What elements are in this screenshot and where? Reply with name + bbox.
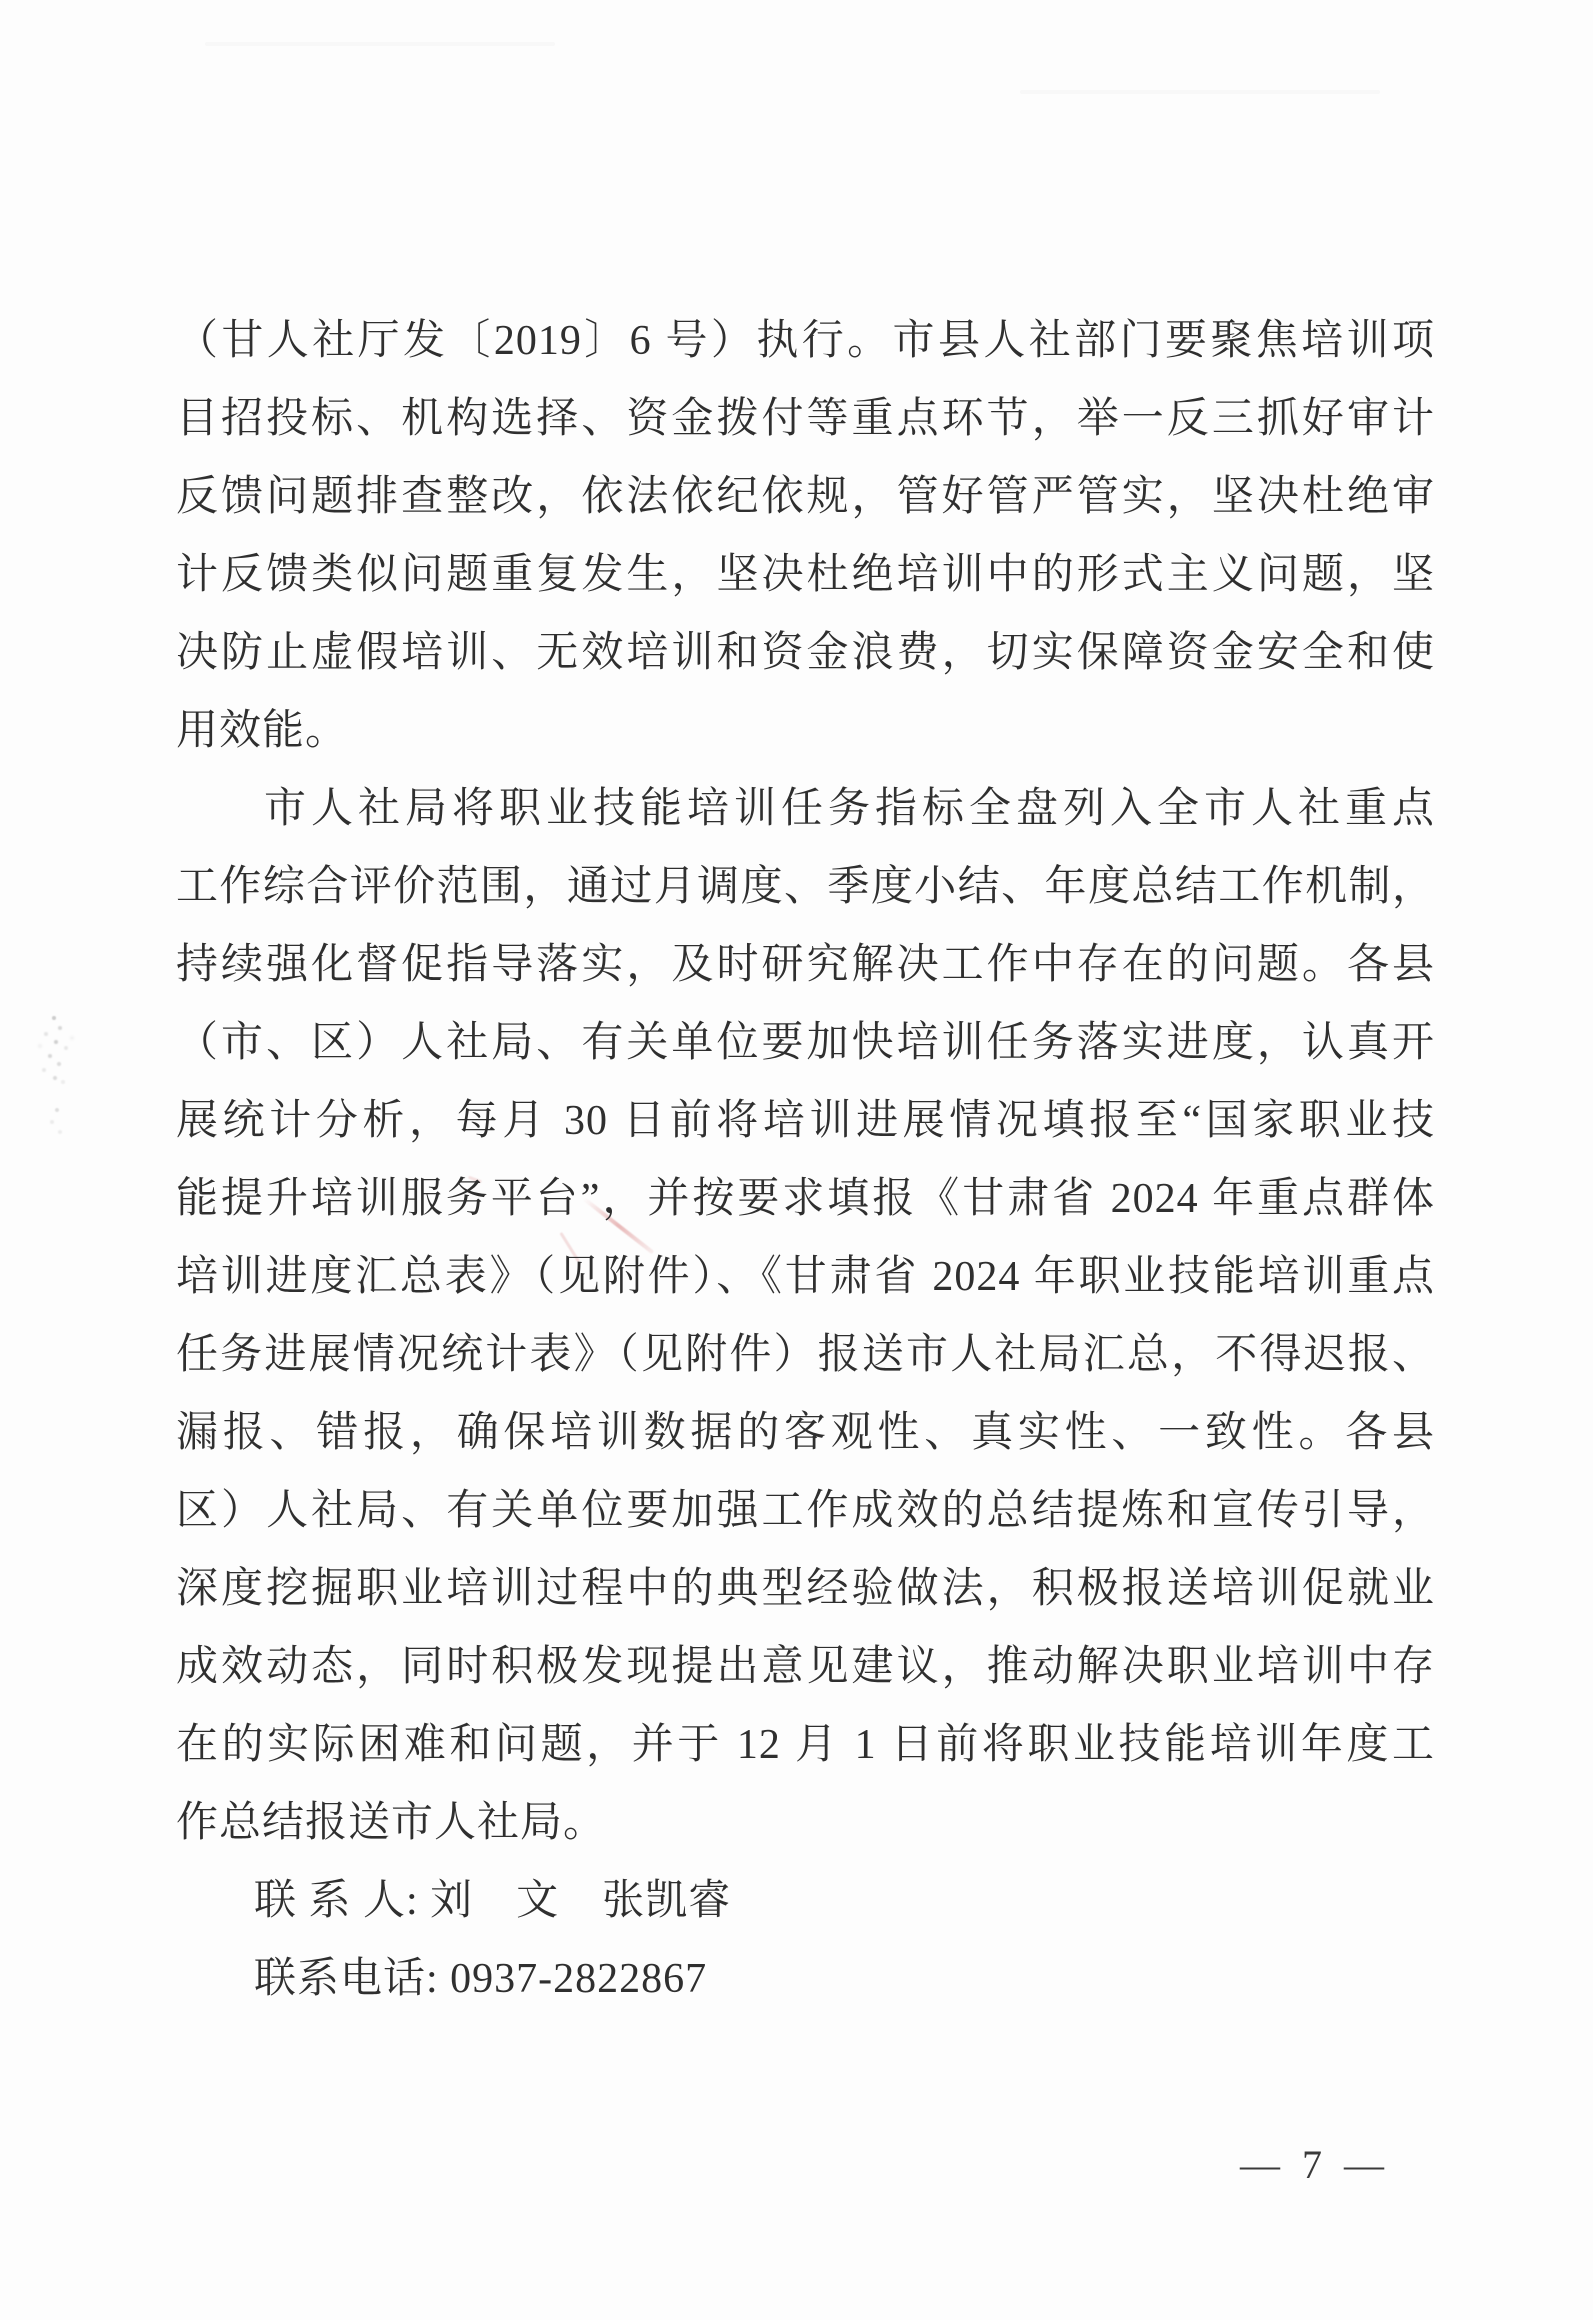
page-number: — 7 — [1240,2140,1390,2190]
document-body: （甘人社厅发〔2019〕6 号）执行。市县人社部门要聚焦培训项 目招投标、机构选… [176,302,1435,2018]
body-line-16: 区）人社局、有关单位要加强工作成效的总结提炼和宣传引导， [176,1472,1435,1550]
body-line-7: 市人社局将职业技能培训任务指标全盘列入全市人社重点 [176,770,1435,848]
body-line-1: （甘人社厅发〔2019〕6 号）执行。市县人社部门要聚焦培训项 [176,302,1435,380]
scan-streak [1020,90,1380,94]
body-line-5: 决防止虚假培训、无效培训和资金浪费，切实保障资金安全和使 [176,614,1435,692]
scan-streak [205,42,555,46]
body-line-11: 展统计分析，每月 30 日前将培训进展情况填报至“国家职业技 [176,1082,1435,1160]
body-line-10: （市、区）人社局、有关单位要加快培训任务落实进度，认真开 [176,1004,1435,1082]
body-line-20: 作总结报送市人社局。 [176,1784,1435,1862]
body-line-19: 在的实际困难和问题，并于 12 月 1 日前将职业技能培训年度工 [176,1706,1435,1784]
scan-smudge [55,1108,59,1112]
body-line-18: 成效动态，同时积极发现提出意见建议，推动解决职业培训中存 [176,1628,1435,1706]
contact-person-line: 联 系 人: 刘 文 张凯睿 [176,1862,1435,1940]
body-line-9: 持续强化督促指导落实，及时研究解决工作中存在的问题。各县 [176,926,1435,1004]
body-line-14: 任务进展情况统计表》（见附件）报送市人社局汇总，不得迟报、 [176,1316,1435,1394]
body-line-15: 漏报、错报，确保培训数据的客观性、真实性、一致性。各县（市、 [176,1394,1435,1472]
body-line-4: 计反馈类似问题重复发生，坚决杜绝培训中的形式主义问题，坚 [176,536,1435,614]
body-line-2: 目招投标、机构选择、资金拨付等重点环节，举一反三抓好审计 [176,380,1435,458]
body-line-12: 能提升培训服务平台”，并按要求填报《甘肃省 2024 年重点群体 [176,1160,1435,1238]
body-line-8: 工作综合评价范围，通过月调度、季度小结、年度总结工作机制， [176,848,1435,926]
contact-phone-line: 联系电话: 0937-2822867 [176,1940,1435,2018]
body-line-13: 培训进度汇总表》（见附件）、《甘肃省 2024 年职业技能培训重点 [176,1238,1435,1316]
body-line-6: 用效能。 [176,692,1435,770]
body-line-3: 反馈问题排查整改，依法依纪依规，管好管严管实，坚决杜绝审 [176,458,1435,536]
scan-smudge [52,1016,56,1020]
body-line-17: 深度挖掘职业培训过程中的典型经验做法，积极报送培训促就业 [176,1550,1435,1628]
document-page: （甘人社厅发〔2019〕6 号）执行。市县人社部门要聚焦培训项 目招投标、机构选… [0,0,1593,2320]
